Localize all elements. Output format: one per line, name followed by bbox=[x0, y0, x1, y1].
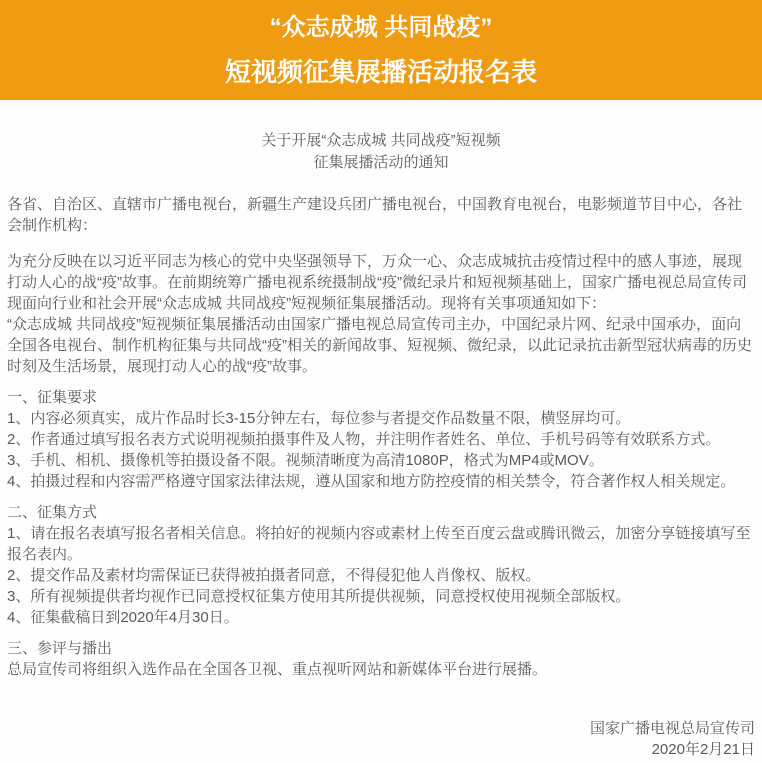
section-item: 3、手机、相机、摄像机等拍摄设备不限。视频清晰度为高清1080P，格式为MP4或… bbox=[7, 450, 755, 471]
section-requirements: 一、征集要求 1、内容必须真实，成片作品时长3-15分钟左右，每位参与者提交作品… bbox=[7, 387, 755, 492]
intro-paragraphs: 为充分反映在以习近平同志为核心的党中央坚强领导下，万众一心、众志成城抗击疫情过程… bbox=[7, 251, 755, 377]
section-item: 4、征集截稿日到2020年4月30日。 bbox=[7, 607, 755, 628]
notice-title-line2: 征集展播活动的通知 bbox=[7, 152, 755, 174]
section-item: 2、作者通过填写报名表方式说明视频拍摄事件及人物，并注明作者姓名、单位、手机号码… bbox=[7, 429, 755, 450]
signature-date: 2020年2月21日 bbox=[7, 739, 755, 760]
section-item: 总局宣传司将组织入选作品在全国各卫视、重点视听网站和新媒体平台进行展播。 bbox=[7, 659, 755, 680]
section-heading: 二、征集方式 bbox=[7, 502, 755, 523]
section-item: 3、所有视频提供者均视作已同意授权征集方使用其所提供视频，同意授权使用视频全部版… bbox=[7, 586, 755, 607]
signature-block: 国家广播电视总局宣传司 2020年2月21日 bbox=[7, 718, 755, 760]
section-heading: 一、征集要求 bbox=[7, 387, 755, 408]
page-title-line2: 短视频征集展播活动报名表 bbox=[0, 49, 762, 95]
notice-body: 关于开展“众志成城 共同战疫”短视频 征集展播活动的通知 各省、自治区、直辖市广… bbox=[0, 130, 762, 760]
header-banner: “众志成城 共同战疫” 短视频征集展播活动报名表 bbox=[0, 0, 762, 100]
section-item: 2、提交作品及素材均需保证已获得被拍摄者同意，不得侵犯他人肖像权、版权。 bbox=[7, 565, 755, 586]
salutation-paragraph: 各省、自治区、直辖市广播电视台，新疆生产建设兵团广播电视台，中国教育电视台，电影… bbox=[7, 194, 755, 236]
section-item: 1、内容必须真实，成片作品时长3-15分钟左右，每位参与者提交作品数量不限，横竖… bbox=[7, 408, 755, 429]
section-heading: 三、参评与播出 bbox=[7, 638, 755, 659]
notice-title: 关于开展“众志成城 共同战疫”短视频 征集展播活动的通知 bbox=[7, 130, 755, 174]
section-item: 1、请在报名表填写报名者相关信息。将拍好的视频内容或素材上传至百度云盘或腾讯微云… bbox=[7, 523, 755, 565]
signature-org: 国家广播电视总局宣传司 bbox=[7, 718, 755, 739]
section-broadcast: 三、参评与播出 总局宣传司将组织入选作品在全国各卫视、重点视听网站和新媒体平台进… bbox=[7, 638, 755, 680]
notice-title-line1: 关于开展“众志成城 共同战疫”短视频 bbox=[7, 130, 755, 152]
page-title-line1: “众志成城 共同战疫” bbox=[0, 7, 762, 49]
section-method: 二、征集方式 1、请在报名表填写报名者相关信息。将拍好的视频内容或素材上传至百度… bbox=[7, 502, 755, 628]
intro-paragraph: 为充分反映在以习近平同志为核心的党中央坚强领导下，万众一心、众志成城抗击疫情过程… bbox=[7, 251, 755, 314]
intro-paragraph: “众志成城 共同战疫”短视频征集展播活动由国家广播电视总局宣传司主办，中国纪录片… bbox=[7, 314, 755, 377]
notice-page: “众志成城 共同战疫” 短视频征集展播活动报名表 关于开展“众志成城 共同战疫”… bbox=[0, 0, 762, 763]
section-item: 4、拍摄过程和内容需严格遵守国家法律法规，遵从国家和地方防控疫情的相关禁令，符合… bbox=[7, 471, 755, 492]
